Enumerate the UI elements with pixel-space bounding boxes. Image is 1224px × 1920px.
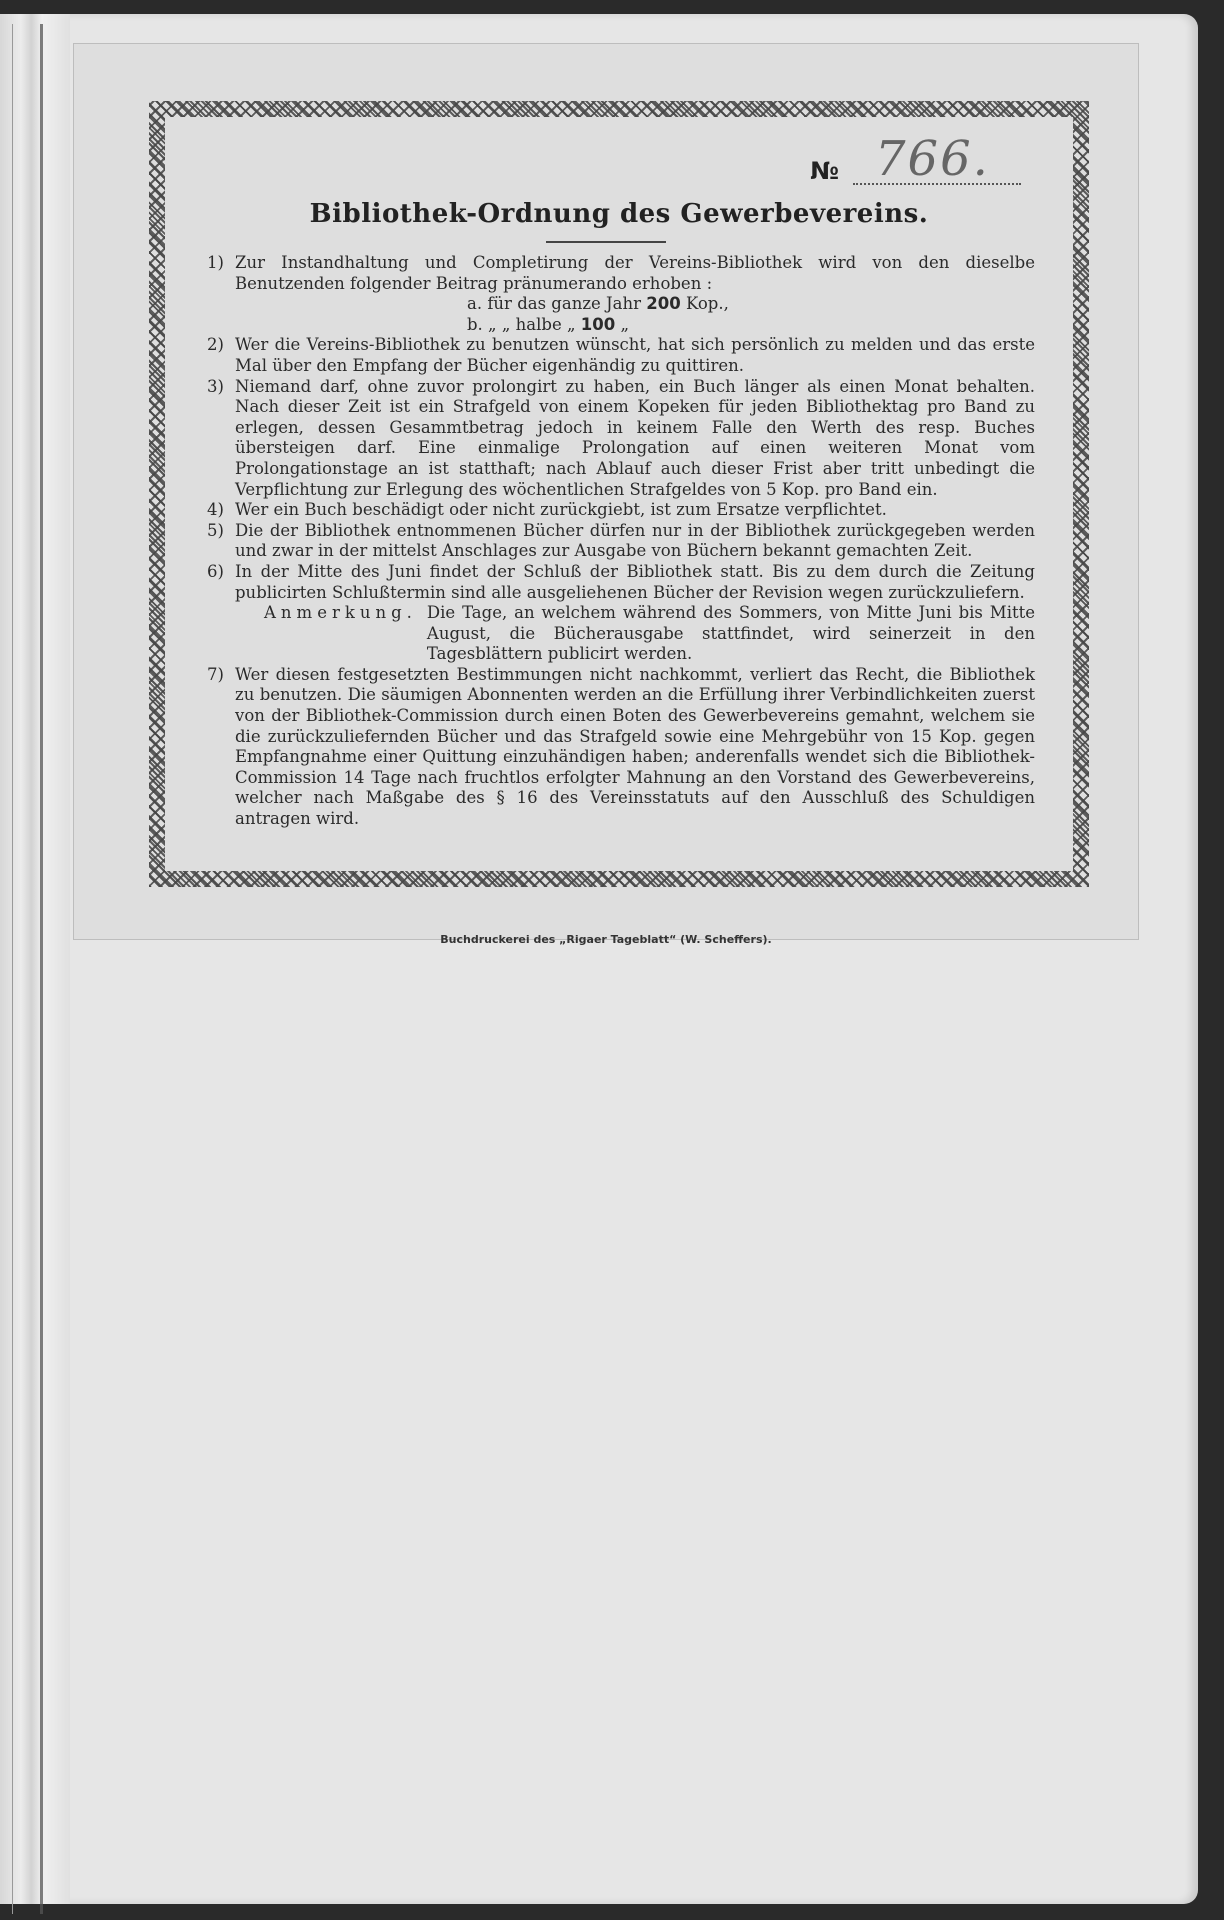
rule-text: In der Mitte des Juni findet der Schluß … — [235, 562, 1035, 603]
rule-text: Zur Instandhaltung und Completirung der … — [235, 253, 1035, 335]
note-text: Die Tage, an welchem während des Sommers… — [427, 603, 1035, 665]
rules-list: 1) Zur Instandhaltung und Completirung d… — [207, 253, 1035, 830]
rule-number: 2) — [207, 335, 235, 376]
rule-text: Wer diesen festgesetzten Bestimmungen ni… — [235, 665, 1035, 830]
catalog-number: № 766. — [810, 153, 1021, 185]
book-page: № 766. Bibliothek-Ordnung des Gewerbever… — [0, 14, 1198, 1904]
rule-item: 6) In der Mitte des Juni findet der Schl… — [207, 562, 1035, 603]
document-title: Bibliothek-Ordnung des Gewerbevereins. — [181, 199, 1057, 229]
note-label: Anmerkung. — [264, 603, 417, 665]
label-content: № 766. Bibliothek-Ordnung des Gewerbever… — [181, 133, 1057, 855]
rule-item: 1) Zur Instandhaltung und Completirung d… — [207, 253, 1035, 335]
handwritten-number: 766. — [875, 131, 990, 187]
rule-text: Die der Bibliothek entnommenen Bücher dü… — [235, 521, 1035, 562]
rule-item: 3) Niemand darf, ohne zuvor prolongirt z… — [207, 377, 1035, 501]
number-field: 766. — [853, 153, 1021, 185]
rule-text: Wer die Vereins-Bibliothek zu benutzen w… — [235, 335, 1035, 376]
fee-line-half-year: b. „ „ halbe „ 100 „ — [235, 315, 1035, 336]
binding-gutter-line — [40, 24, 43, 1914]
fee-amount: 100 — [581, 315, 615, 334]
binding-edge — [12, 24, 13, 1914]
rule-number: 6) — [207, 562, 235, 603]
rule-item: 5) Die der Bibliothek entnommenen Bücher… — [207, 521, 1035, 562]
rule-number: 5) — [207, 521, 235, 562]
rule-text: Niemand darf, ohne zuvor prolongirt zu h… — [235, 377, 1035, 501]
library-rules-label: № 766. Bibliothek-Ordnung des Gewerbever… — [73, 43, 1139, 940]
title-divider — [546, 241, 666, 243]
rule-item: 4) Wer ein Buch beschädigt oder nicht zu… — [207, 500, 1035, 521]
fee-amount: 200 — [646, 294, 680, 313]
rule-number: 4) — [207, 500, 235, 521]
rule-number: 1) — [207, 253, 235, 335]
rule-number: 3) — [207, 377, 235, 501]
ornamental-border: № 766. Bibliothek-Ordnung des Gewerbever… — [149, 101, 1089, 887]
rule-item: 2) Wer die Vereins-Bibliothek zu benutze… — [207, 335, 1035, 376]
book-binding — [0, 14, 70, 1904]
rule-number: 7) — [207, 665, 235, 830]
note: Anmerkung. Die Tage, an welchem während … — [207, 603, 1035, 665]
rule-item: 7) Wer diesen festgesetzten Bestimmungen… — [207, 665, 1035, 830]
rule-text: Wer ein Buch beschädigt oder nicht zurüc… — [235, 500, 1035, 521]
printer-imprint: Buchdruckerei des „Rigaer Tageblatt“ (W.… — [74, 933, 1138, 946]
fee-line-year: a. für das ganze Jahr 200 Kop., — [235, 294, 1035, 315]
number-sign: № — [810, 157, 839, 185]
